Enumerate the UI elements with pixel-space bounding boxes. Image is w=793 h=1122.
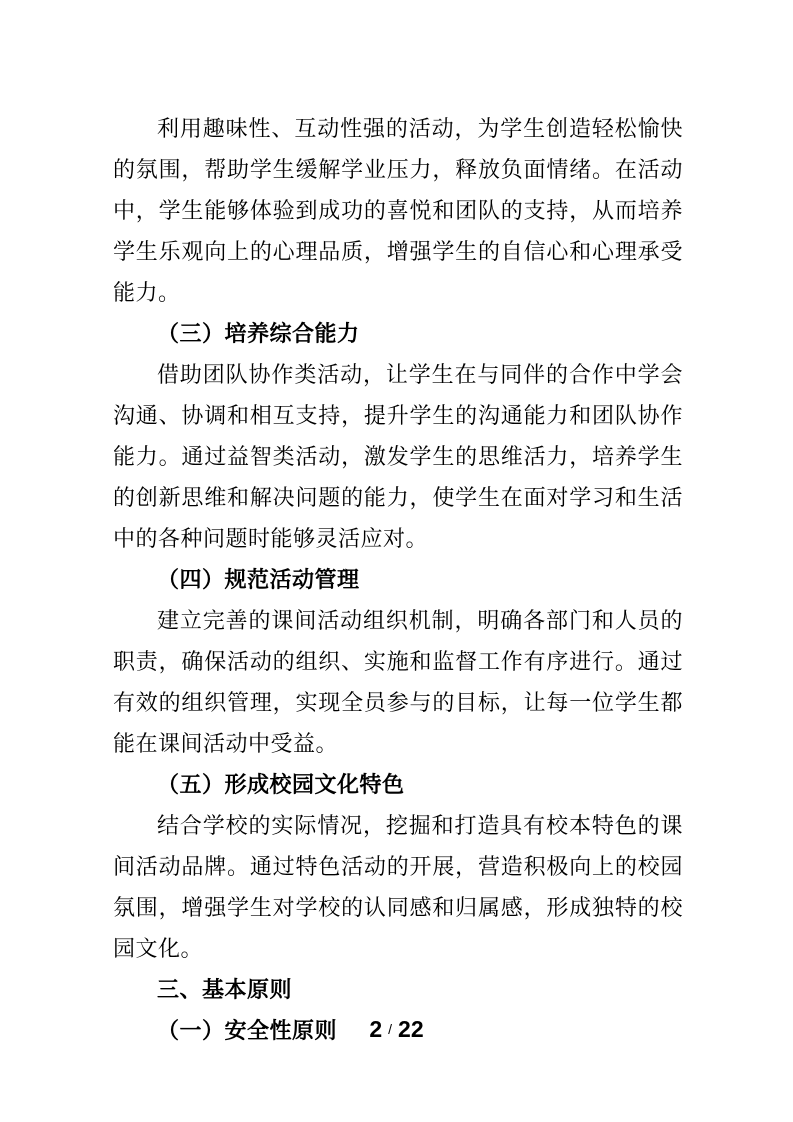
section-heading: （五）形成校园文化特色 [113,764,683,805]
section-heading: 三、基本原则 [113,969,683,1010]
document-body: 利用趣味性、互动性强的活动，为学生创造轻松愉快的氛围，帮助学生缓解学业压力，释放… [113,108,683,1051]
page-number-current: 2 [369,1016,382,1042]
page-number-separator: / [388,1021,392,1037]
body-paragraph: 结合学校的实际情况，挖掘和打造具有校本特色的课间活动品牌。通过特色活动的开展，营… [113,805,683,969]
body-paragraph: 利用趣味性、互动性强的活动，为学生创造轻松愉快的氛围，帮助学生缓解学业压力，释放… [113,108,683,313]
body-paragraph: 借助团队协作类活动，让学生在与同伴的合作中学会沟通、协调和相互支持，提升学生的沟… [113,354,683,559]
document-page: 利用趣味性、互动性强的活动，为学生创造轻松愉快的氛围，帮助学生缓解学业压力，释放… [0,0,793,1122]
page-number-total: 22 [398,1016,424,1042]
section-heading: （三）培养综合能力 [113,313,683,354]
section-heading: （四）规范活动管理 [113,559,683,600]
page-footer: 2/22 [0,1012,793,1046]
body-paragraph: 建立完善的课间活动组织机制，明确各部门和人员的职责，确保活动的组织、实施和监督工… [113,600,683,764]
